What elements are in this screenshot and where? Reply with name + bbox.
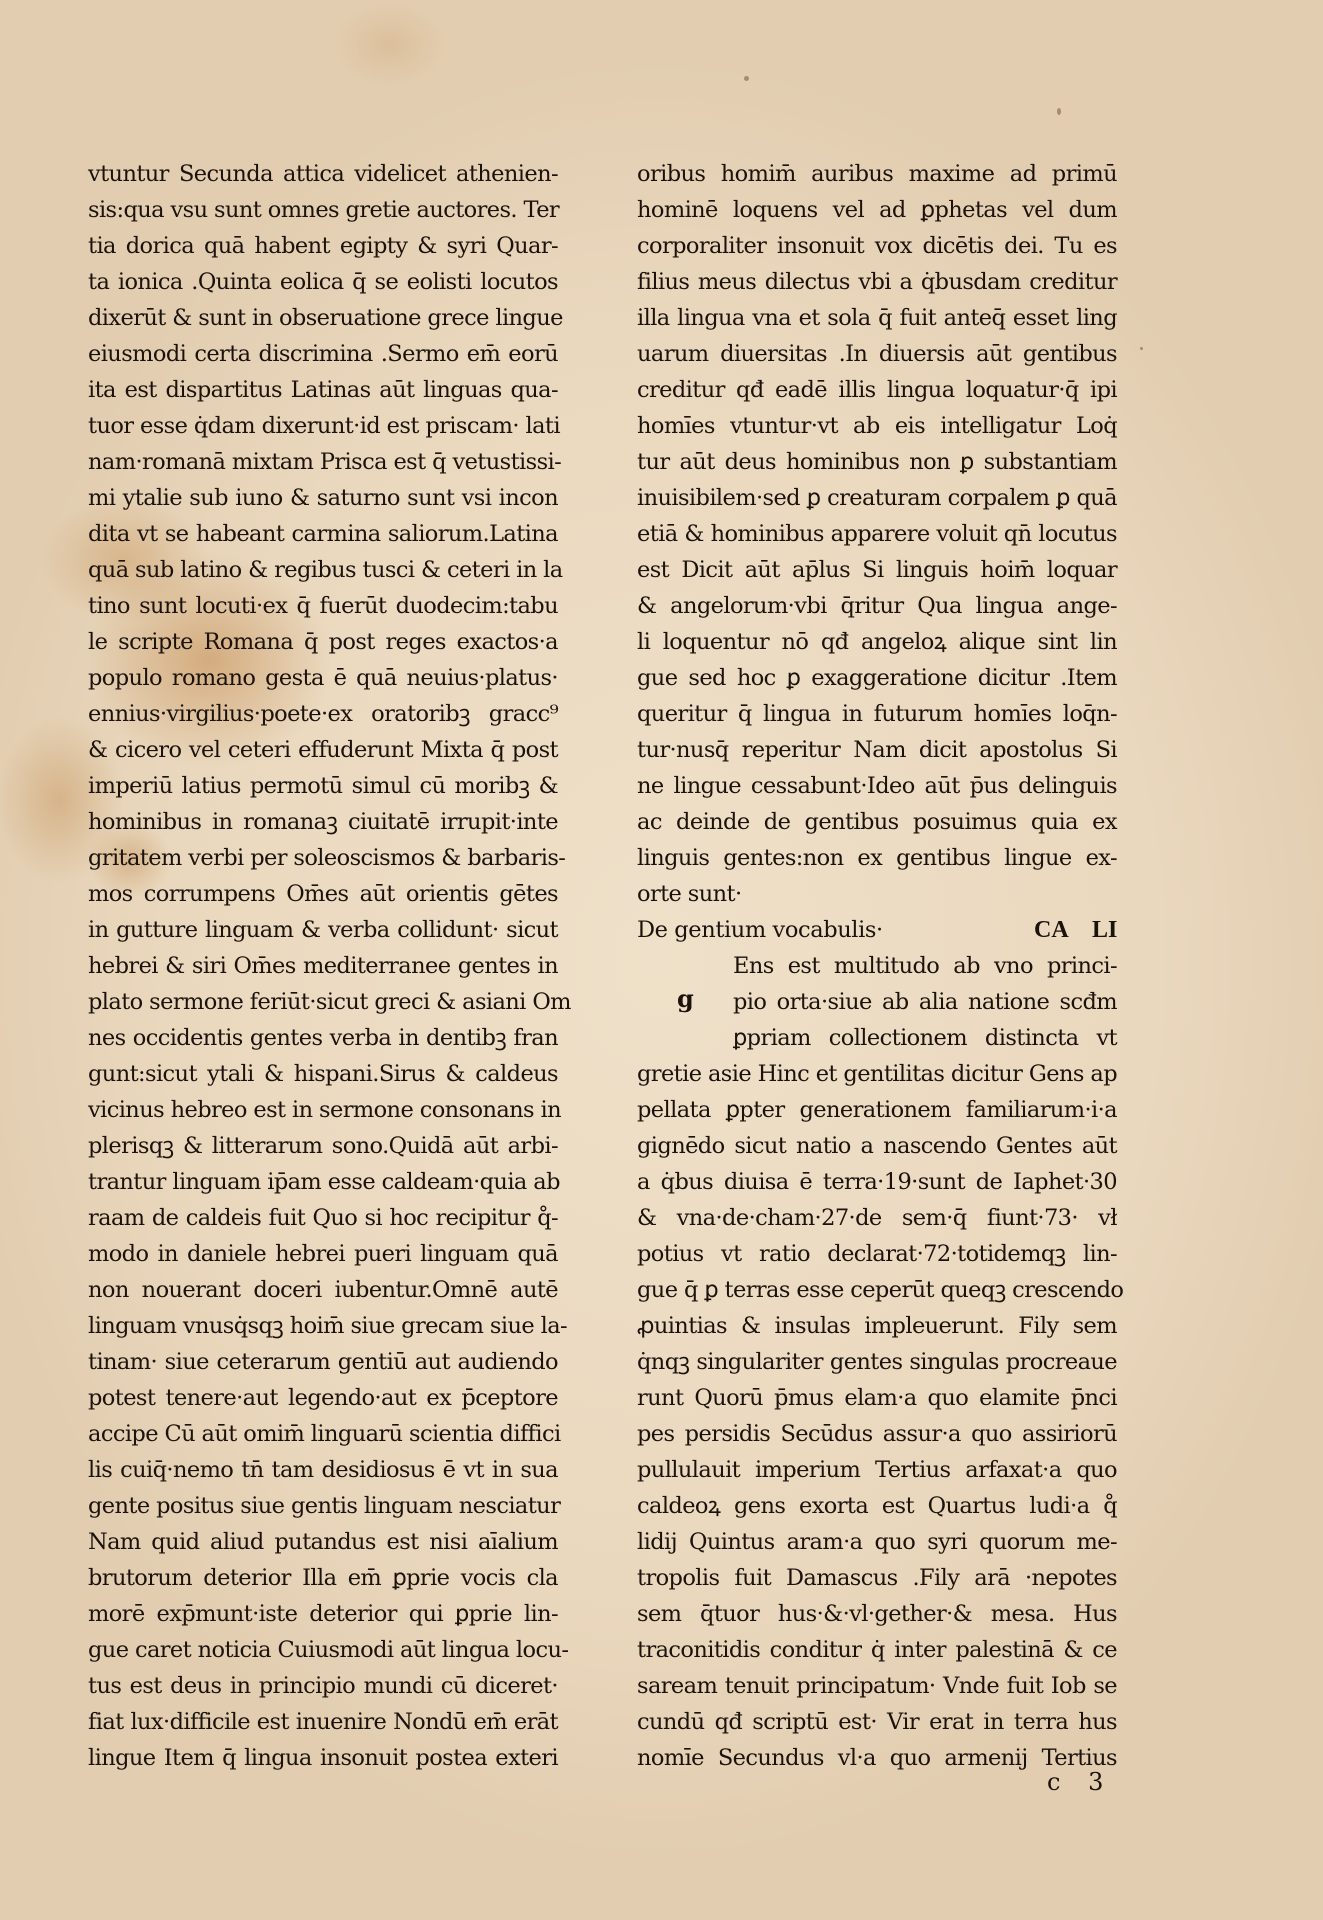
text-line: linguis gentes:non ex gentibus lingue ex…: [637, 840, 1117, 876]
text-line: vtuntur Secunda attica videlicet athenie…: [88, 156, 558, 192]
text-line: hominē loquens vel ad ꝑphetas vel dum: [637, 192, 1117, 228]
text-line: ꝓuintias & insulas impleuerunt. Fily sem: [637, 1308, 1117, 1344]
text-line: tropolis fuit Damascus .Fily arā ·nepote…: [637, 1560, 1117, 1596]
text-line: tinam· siue ceterarum gentiū aut audiend…: [88, 1344, 558, 1380]
text-line: queritur q̄ lingua in futurum homīes loq…: [637, 696, 1117, 732]
text-line: ne lingue cessabunt·Ideo aūt p̄us deling…: [637, 768, 1117, 804]
text-line: homīes vtuntur·vt ab eis intelligatur Lo…: [637, 408, 1117, 444]
text-line: le scripte Romana q̄ post reges exactos·…: [88, 624, 558, 660]
text-line: lidij Quintus aram·a quo syri quorum me-: [637, 1524, 1117, 1560]
text-line: eiusmodi certa discrimina .Sermo em̄ eor…: [88, 336, 558, 372]
text-line: ennius·virgilius·poete·ex oratoribꝫ grac…: [88, 696, 558, 732]
text-line: pellata ꝑpter generationem familiarum·i·…: [637, 1092, 1117, 1128]
text-line: ac deinde de gentibus posuimus quia ex: [637, 804, 1117, 840]
text-line: uarum diuersitas .In diuersis aūt gentib…: [637, 336, 1117, 372]
text-line: gue caret noticia Cuiusmodi aūt lingua l…: [88, 1632, 558, 1668]
chapter-heading: De gentium vocabulis· CA LI: [637, 912, 1117, 948]
text-line: accipe Cū aūt omim̄ linguarū scientia di…: [88, 1416, 558, 1452]
text-line: filius meus dilectus vbi a q̇busdam cred…: [637, 264, 1117, 300]
text-line: fiat lux·difficile est inuenire Nondū em…: [88, 1704, 558, 1740]
text-line: gunt:sicut ytali & hispani.Sirus & calde…: [88, 1056, 558, 1092]
text-line: potest tenere·aut legendo·aut ex p̄cepto…: [88, 1380, 558, 1416]
text-line: nes occidentis gentes verba in dentibꝫ f…: [88, 1020, 558, 1056]
left-text-column: vtuntur Secunda attica videlicet athenie…: [88, 156, 558, 1776]
text-line: tur·nusq̄ reperitur Nam dicit apostolus …: [637, 732, 1117, 768]
text-line: saream tenuit principatum· Vnde fuit Iob…: [637, 1668, 1117, 1704]
text-line: dixerūt & sunt in obseruatione grece lin…: [88, 300, 558, 336]
foxing-spot: [1140, 347, 1143, 350]
foxing-spot: [744, 76, 749, 81]
text-line: brutorum deterior Illa em̄ ꝑprie vocis c…: [88, 1560, 558, 1596]
text-line: potius vt ratio declarat·72·totidemqꝫ li…: [637, 1236, 1117, 1272]
text-line: tus est deus in principio mundi cū dicer…: [88, 1668, 558, 1704]
chapter-label-li: LI: [1092, 912, 1117, 948]
text-line: mi ytalie sub iuno & saturno sunt vsi in…: [88, 480, 558, 516]
text-line: pullulauit imperium Tertius arfaxat·a qu…: [637, 1452, 1117, 1488]
text-line: gignēdo sicut natio a nascendo Gentes aū…: [637, 1128, 1117, 1164]
text-line: q̇nqꝫ singulariter gentes singulas procr…: [637, 1344, 1117, 1380]
text-line: dita vt se habeant carmina saliorum.Lati…: [88, 516, 558, 552]
text-line: linguam vnusq̇sqꝫ hoim̄ siue grecam siue…: [88, 1308, 558, 1344]
text-line: nam·romanā mixtam Prisca est q̄ vetustis…: [88, 444, 558, 480]
text-line: hominibus in romanaꝫ ciuitatē irrupit·in…: [88, 804, 558, 840]
manuscript-page: vtuntur Secunda attica videlicet athenie…: [0, 0, 1323, 1920]
text-line: & cicero vel ceteri effuderunt Mixta q̄ …: [88, 732, 558, 768]
text-line: populo romano gesta ē quā neuius·platus·: [88, 660, 558, 696]
text-line: li loquentur nō qđ angeloꝝ alique sint l…: [637, 624, 1117, 660]
text-line: plato sermone feriūt·sicut greci & asian…: [88, 984, 558, 1020]
text-line: nomīe Secundus vl·a quo armenij Tertius: [637, 1740, 1117, 1776]
chapter-label-ca: CA: [1034, 912, 1069, 948]
text-line: gue sed hoc ꝑ exaggeratione dicitur .Ite…: [637, 660, 1117, 696]
text-line: corporaliter insonuit vox dicētis dei. T…: [637, 228, 1117, 264]
foxing-spot: [1057, 108, 1061, 115]
text-line: lingue Item q̄ lingua insonuit postea ex…: [88, 1740, 558, 1776]
text-line: gretie asie Hinc et gentilitas dicitur G…: [637, 1056, 1117, 1092]
text-line: & angelorum·vbi q̄ritur Qua lingua ange-: [637, 588, 1117, 624]
text-line: morē exp̄munt·iste deterior qui ꝑprie li…: [88, 1596, 558, 1632]
text-line: raam de caldeis fuit Quo si hoc recipitu…: [88, 1200, 558, 1236]
text-line: Nam quid aliud putandus est nisi aīalium: [88, 1524, 558, 1560]
text-line: orte sunt·: [637, 876, 1117, 912]
text-line: non nouerant doceri iubentur.Omnē autē: [88, 1272, 558, 1308]
text-line: runt Quorū p̄mus elam·a quo elamite p̄nc…: [637, 1380, 1117, 1416]
text-line: quā sub latino & regibus tusci & ceteri …: [88, 552, 558, 588]
text-line: vicinus hebreo est in sermone consonans …: [88, 1092, 558, 1128]
text-line: tur aūt deus hominibus non ꝑ substantiam: [637, 444, 1117, 480]
text-line: gritatem verbi per soleoscismos & barbar…: [88, 840, 558, 876]
text-line: gente positus siue gentis linguam nescia…: [88, 1488, 558, 1524]
text-line: est Dicit aūt ap̄lus Si linguis hoim̄ lo…: [637, 552, 1117, 588]
chapter-title: De gentium vocabulis·: [637, 912, 883, 948]
text-line: inuisibilem·sed ꝑ creaturam corpalem ꝑ q…: [637, 480, 1117, 516]
text-line: traconitidis conditur q̇ inter palestinā…: [637, 1632, 1117, 1668]
text-line: sem q̄tuor hus·&·vl·gether·& mesa. Hus: [637, 1596, 1117, 1632]
text-line: a q̇bus diuisa ē terra·19·sunt de Iaphet…: [637, 1164, 1117, 1200]
text-line: trantur linguam ip̄am esse caldeam·quia …: [88, 1164, 558, 1200]
text-line: & vna·de·cham·27·de sem·q̄ fiunt·73· vł: [637, 1200, 1117, 1236]
text-line: oribus homim̄ auribus maxime ad primū: [637, 156, 1117, 192]
text-line: hebrei & siri Om̄es mediterranee gentes …: [88, 948, 558, 984]
text-line: tino sunt locuti·ex q̄ fuerūt duodecim:t…: [88, 588, 558, 624]
text-line: creditur qđ eadē illis lingua loquatur·q…: [637, 372, 1117, 408]
signature-mark: c 3: [1047, 1768, 1113, 1796]
text-line: gue q̄ ꝑ terras esse ceperūt queqꝫ cresc…: [637, 1272, 1117, 1308]
text-line: cundū qđ scriptū est· Vir erat in terra …: [637, 1704, 1117, 1740]
text-line: ta ionica .Quinta eolica q̄ se eolisti l…: [88, 264, 558, 300]
text-line: sis:qua vsu sunt omnes gretie auctores. …: [88, 192, 558, 228]
text-line: ꝑpriam collectionem distincta vt: [637, 1020, 1117, 1056]
text-line: ita est dispartitus Latinas aūt linguas …: [88, 372, 558, 408]
text-line: pio orta·siue ab alia natione scđm: [637, 984, 1117, 1020]
text-line: tia dorica quā habent egipty & syri Quar…: [88, 228, 558, 264]
text-line: illa lingua vna et sola q̄ fuit anteq̄ e…: [637, 300, 1117, 336]
text-line: pes persidis Secūdus assur·a quo assirio…: [637, 1416, 1117, 1452]
text-line: modo in daniele hebrei pueri linguam quā: [88, 1236, 558, 1272]
text-line: imperiū latius permotū simul cū moribꝫ &: [88, 768, 558, 804]
text-line: mos corrumpens Om̄es aūt orientis gētes: [88, 876, 558, 912]
right-text-column: oribus homim̄ auribus maxime ad primūhom…: [637, 156, 1117, 1776]
text-line: plerisqꝫ & litterarum sono.Quidā aūt arb…: [88, 1128, 558, 1164]
text-line: tuor esse q̇dam dixerunt·id est priscam·…: [88, 408, 558, 444]
text-line: in gutture linguam & verba collidunt· si…: [88, 912, 558, 948]
text-line: etiā & hominibus apparere voluit qn̄ loc…: [637, 516, 1117, 552]
text-line: Ens est multitudo ab vno princi-: [637, 948, 1117, 984]
text-line: lis cuiq̄·nemo tn̄ tam desidiosus ē vt i…: [88, 1452, 558, 1488]
text-line: caldeoꝝ gens exorta est Quartus ludi·a q…: [637, 1488, 1117, 1524]
